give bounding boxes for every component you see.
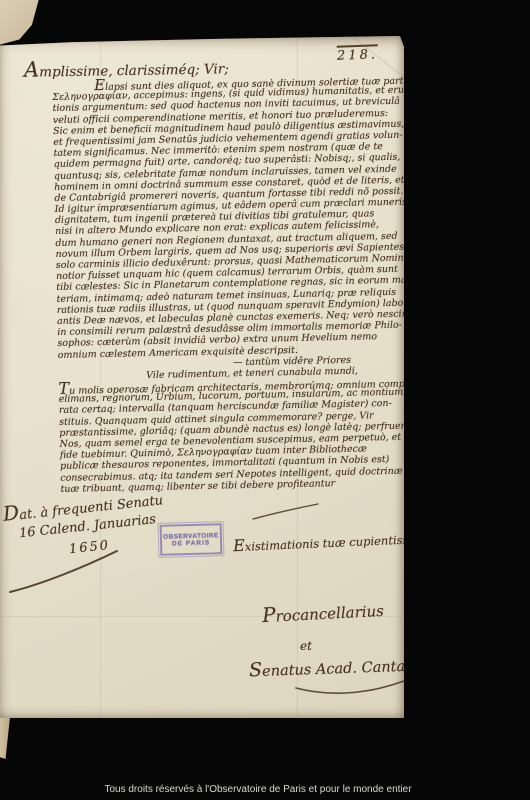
manuscript-page: 218. Amplissime, clarissiméq; Vir; Elaps… bbox=[0, 36, 404, 718]
paper-bottom-fragment bbox=[0, 716, 10, 759]
ink-flourish-strokes bbox=[0, 36, 404, 718]
copyright-caption: Tous droits réservés à l'Observatoire de… bbox=[0, 784, 516, 795]
scanned-letter-view: 218. Amplissime, clarissiméq; Vir; Elaps… bbox=[0, 0, 530, 800]
paper-corner-fragment bbox=[0, 0, 42, 46]
